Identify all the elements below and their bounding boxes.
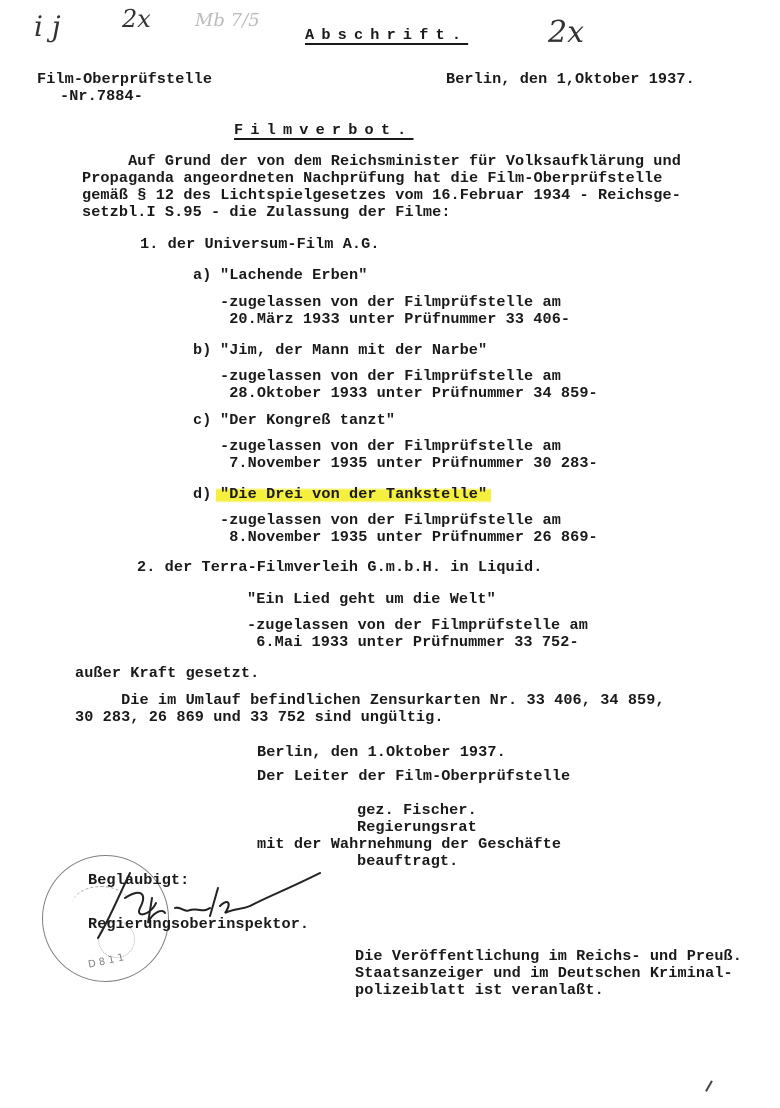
header-place-date: Berlin, den 1,Oktober 1937. [446,71,695,88]
film-letter: d) [193,486,211,503]
film-approval-line: -zugelassen von der Filmprüfstelle am [220,368,561,385]
film-approval-line: -zugelassen von der Filmprüfstelle am [247,617,588,634]
closing-duty-line: mit der Wahrnehmung der Geschäfte [257,836,561,853]
film-letter: b) [193,342,211,359]
closing-signed: gez. Fischer. [357,802,477,819]
film-letter: c) [193,412,211,429]
closing-duty-end: beauftragt. [357,853,458,870]
conclusion-line: außer Kraft gesetzt. [75,665,259,682]
film-approval-line: 6.Mai 1933 unter Prüfnummer 33 752- [247,634,579,651]
film-approval-line: 28.Oktober 1933 unter Prüfnummer 34 859- [220,385,598,402]
film-approval-line: 7.November 1935 unter Prüfnummer 30 283- [220,455,598,472]
publication-line: polizeiblatt ist veranlaßt. [355,982,604,999]
film-approval-line: 20.März 1933 unter Prüfnummer 33 406- [220,311,570,328]
intro-line: Propaganda angeordneten Nachprüfung hat … [82,170,662,187]
film-letter: a) [193,267,211,284]
invalid-cards-line: Die im Umlauf befindlichen Zensurkarten … [75,692,665,709]
document-title: Abschrift. [305,27,468,44]
invalid-cards-line: 30 283, 26 869 und 33 752 sind ungültig. [75,709,444,726]
handwritten-signature [90,868,330,943]
intro-line: gemäß § 12 des Lichtspielgesetzes vom 16… [82,187,681,204]
closing-rank: Regierungsrat [357,819,477,836]
handwritten-2x-left: 2x [122,5,151,33]
company-label: 2. der Terra-Filmverleih G.m.b.H. in Liq… [137,559,542,576]
film-title-highlighted: "Die Drei von der Tankstelle" [216,486,491,503]
closing-place-date: Berlin, den 1.Oktober 1937. [257,744,506,761]
handwritten-2x-right: 2x [548,15,584,50]
office-name: Film-Oberprüfstelle [37,71,212,88]
intro-line: setzbl.I S.95 - die Zulassung der Filme: [82,204,451,221]
office-number: -Nr.7884- [60,88,143,105]
film-title: "Lachende Erben" [220,267,367,284]
film-title: "Jim, der Mann mit der Narbe" [220,342,487,359]
stamp-text: D 8 1 1 [87,952,125,970]
stray-pen-mark [705,1080,712,1091]
publication-line: Die Veröffentlichung im Reichs- und Preu… [355,948,742,965]
film-title: "Der Kongreß tanzt" [220,412,395,429]
intro-line: Auf Grund der von dem Reichsminister für… [82,153,681,170]
film-approval-line: -zugelassen von der Filmprüfstelle am [220,438,561,455]
film-approval-line: -zugelassen von der Filmprüfstelle am [220,512,561,529]
subject-heading: Filmverbot. [234,122,413,139]
company-label: 1. der Universum-Film A.G. [140,236,380,253]
publication-line: Staatsanzeiger und im Deutschen Kriminal… [355,965,733,982]
film-approval-line: 8.November 1935 unter Prüfnummer 26 869- [220,529,598,546]
handwritten-mark-left: i j [34,10,61,43]
handwritten-faint-note: Mb 7/5 [195,10,260,31]
film-approval-line: -zugelassen von der Filmprüfstelle am [220,294,561,311]
film-title: "Ein Lied geht um die Welt" [247,591,496,608]
closing-authority: Der Leiter der Film-Oberprüfstelle [257,768,570,785]
